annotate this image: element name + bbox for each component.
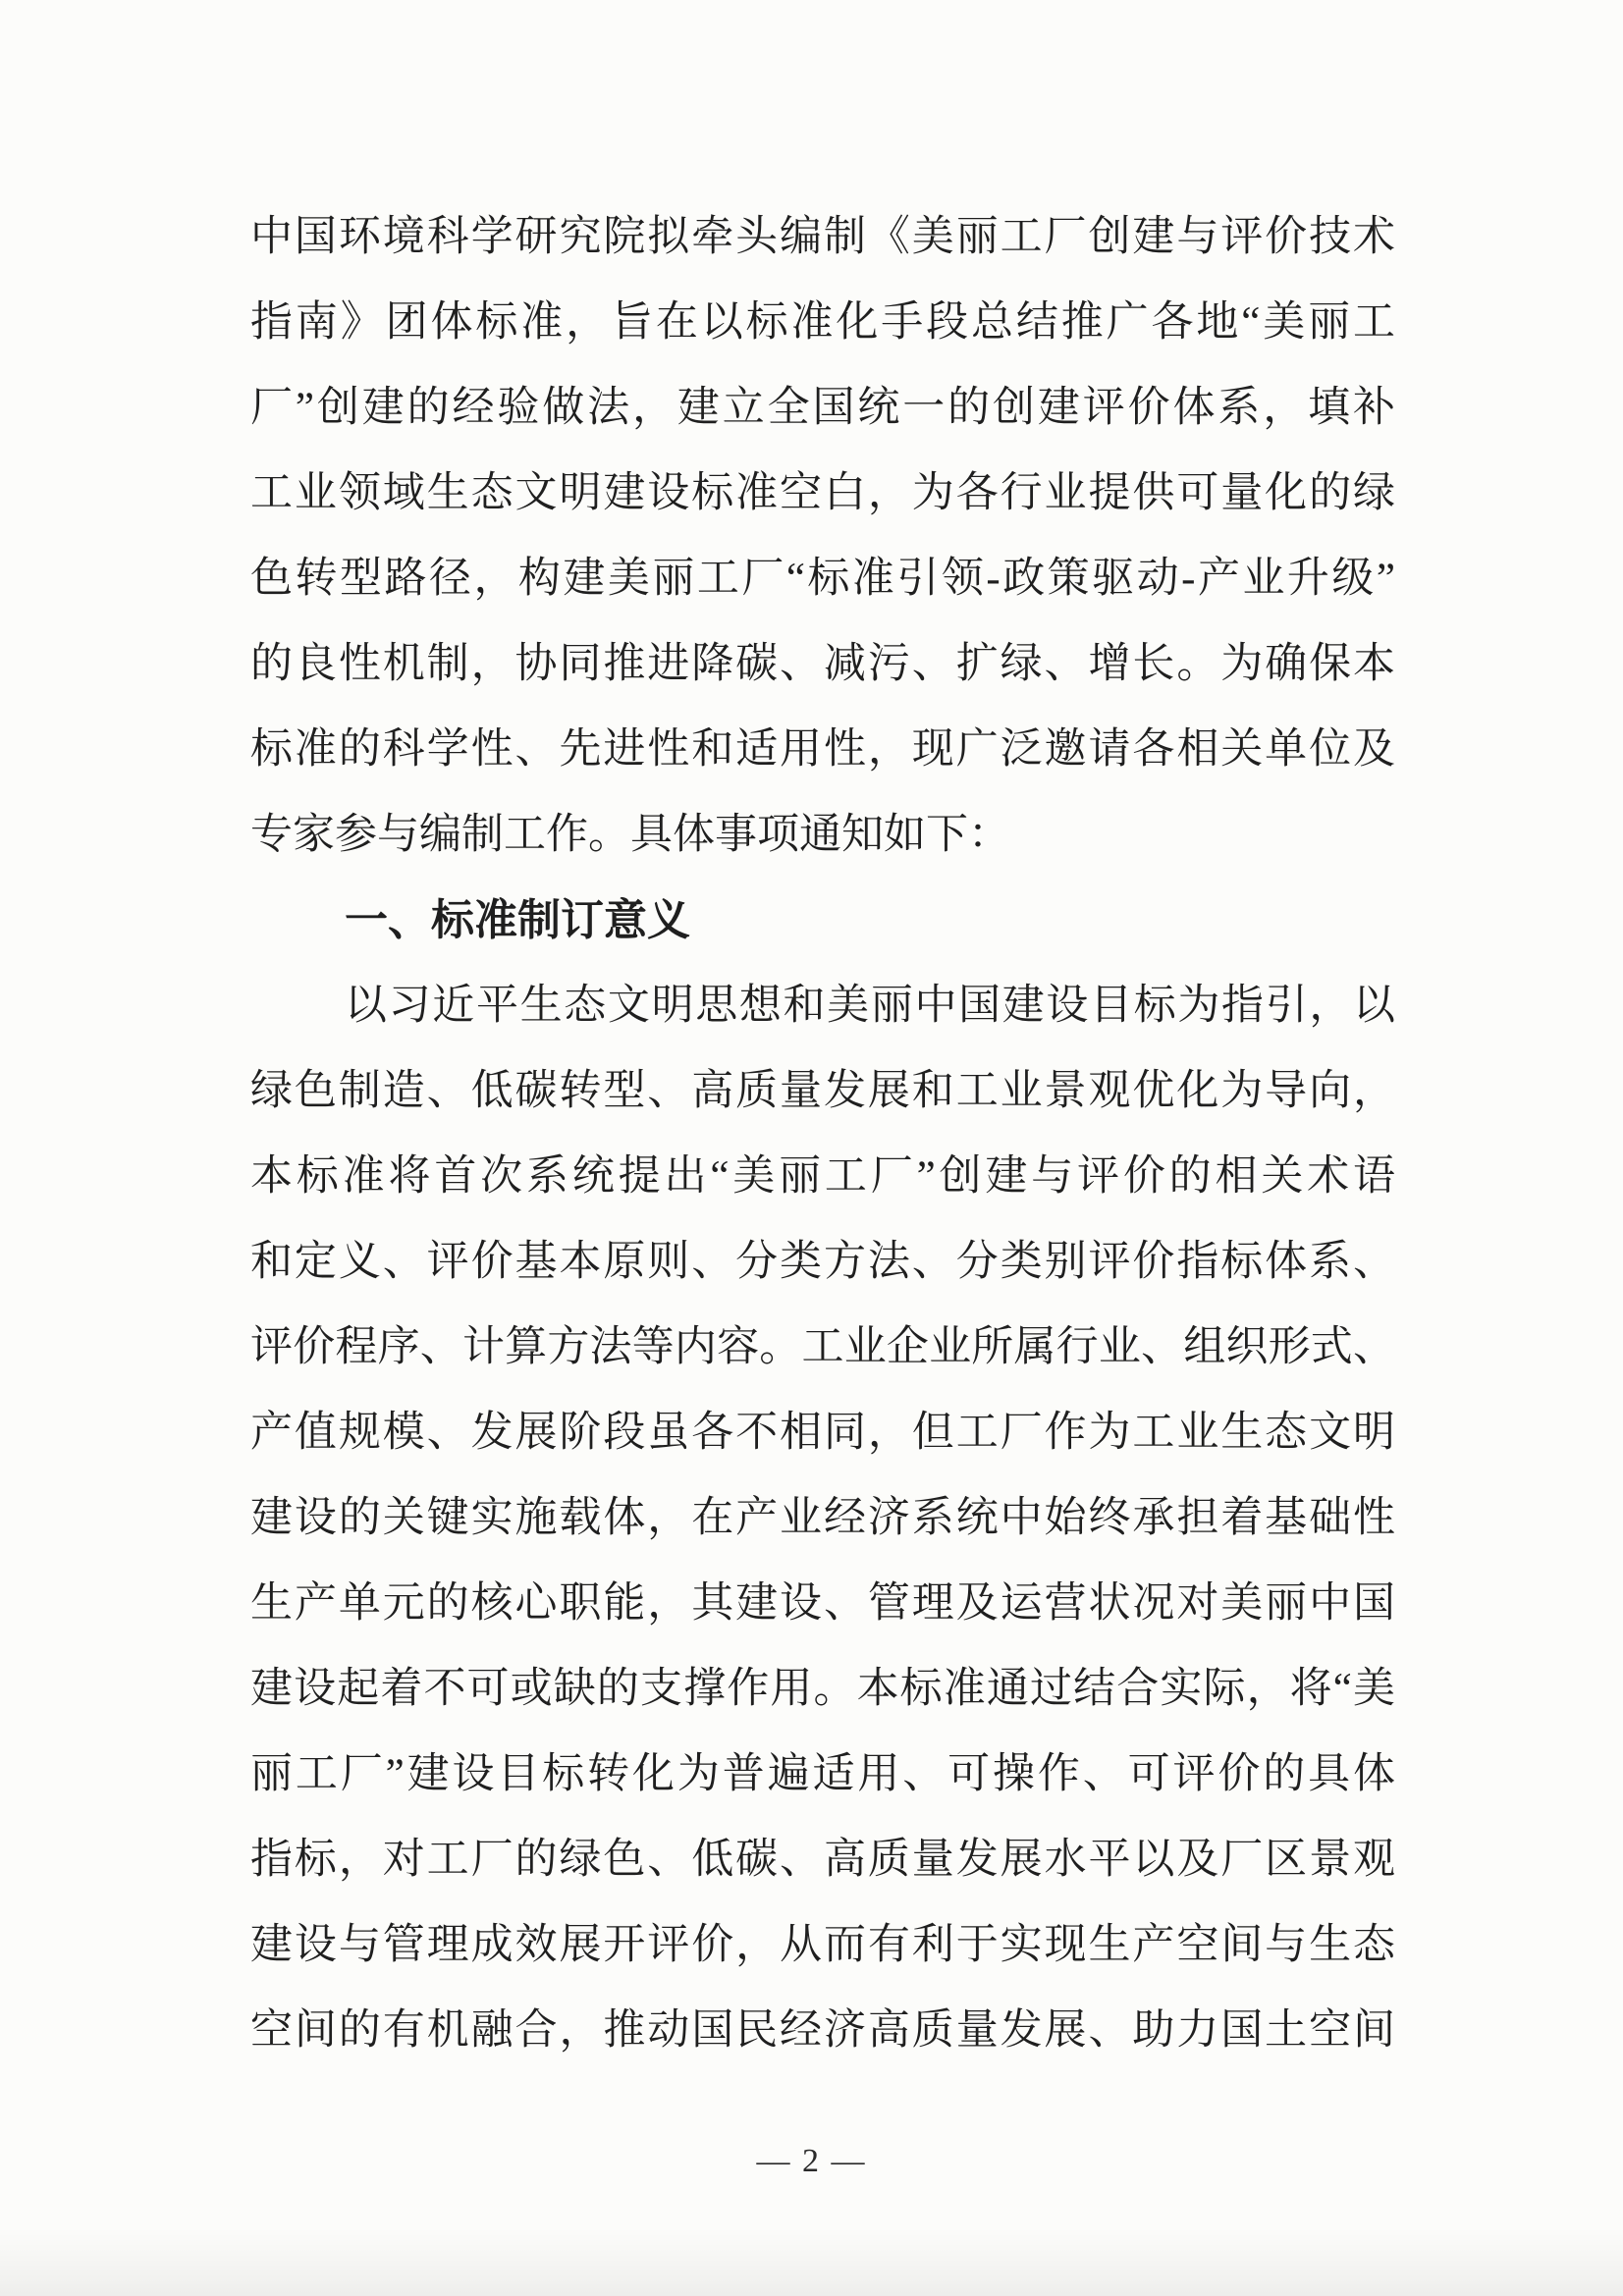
- text-line-15: 产值规模、发展阶段虽各不相同，但工厂作为工业生态文明: [250, 1390, 1395, 1475]
- text-line-4: 工业领域生态文明建设标准空白，为各行业提供可量化的绿: [250, 451, 1395, 536]
- text-line-12: 本标准将首次系统提出“美丽工厂”创建与评价的相关术语: [250, 1134, 1395, 1219]
- text-line-14: 评价程序、计算方法等内容。工业企业所属行业、组织形式、: [250, 1305, 1395, 1390]
- page-number: — 2 —: [0, 2140, 1623, 2183]
- text-line-8: 专家参与编制工作。具体事项通知如下：: [250, 792, 1395, 878]
- text-line-13: 和定义、评价基本原则、分类方法、分类别评价指标体系、: [250, 1219, 1395, 1305]
- text-line-3: 厂”创建的经验做法，建立全国统一的创建评价体系，填补: [250, 365, 1395, 451]
- text-line-17: 生产单元的核心职能，其建设、管理及运营状况对美丽中国: [250, 1561, 1395, 1646]
- text-line-2: 指南》团体标准，旨在以标准化手段总结推广各地“美丽工: [250, 280, 1395, 365]
- scan-shading: [0, 2227, 1623, 2296]
- text-line-22: 空间的有机融合，推动国民经济高质量发展、助力国土空间: [250, 1988, 1395, 2073]
- text-line-1: 中国环境科学研究院拟牵头编制《美丽工厂创建与评价技术: [250, 194, 1395, 280]
- section-heading: 一、标准制订意义: [250, 878, 1395, 963]
- document-body: 中国环境科学研究院拟牵头编制《美丽工厂创建与评价技术指南》团体标准，旨在以标准化…: [250, 194, 1395, 2073]
- text-line-5: 色转型路径，构建美丽工厂“标准引领-政策驱动-产业升级”: [250, 536, 1395, 621]
- text-line-7: 标准的科学性、先进性和适用性，现广泛邀请各相关单位及: [250, 707, 1395, 792]
- text-line-21: 建设与管理成效展开评价，从而有利于实现生产空间与生态: [250, 1902, 1395, 1988]
- text-line-10: 以习近平生态文明思想和美丽中国建设目标为指引，以: [250, 963, 1395, 1048]
- text-line-16: 建设的关键实施载体，在产业经济系统中始终承担着基础性: [250, 1475, 1395, 1561]
- text-line-20: 指标，对工厂的绿色、低碳、高质量发展水平以及厂区景观: [250, 1817, 1395, 1902]
- text-line-18: 建设起着不可或缺的支撑作用。本标准通过结合实际，将“美: [250, 1646, 1395, 1732]
- text-line-11: 绿色制造、低碳转型、高质量发展和工业景观优化为导向，: [250, 1048, 1395, 1134]
- text-line-19: 丽工厂”建设目标转化为普遍适用、可操作、可评价的具体: [250, 1732, 1395, 1817]
- document-page: 中国环境科学研究院拟牵头编制《美丽工厂创建与评价技术指南》团体标准，旨在以标准化…: [0, 0, 1623, 2296]
- text-line-6: 的良性机制，协同推进降碳、减污、扩绿、增长。为确保本: [250, 621, 1395, 707]
